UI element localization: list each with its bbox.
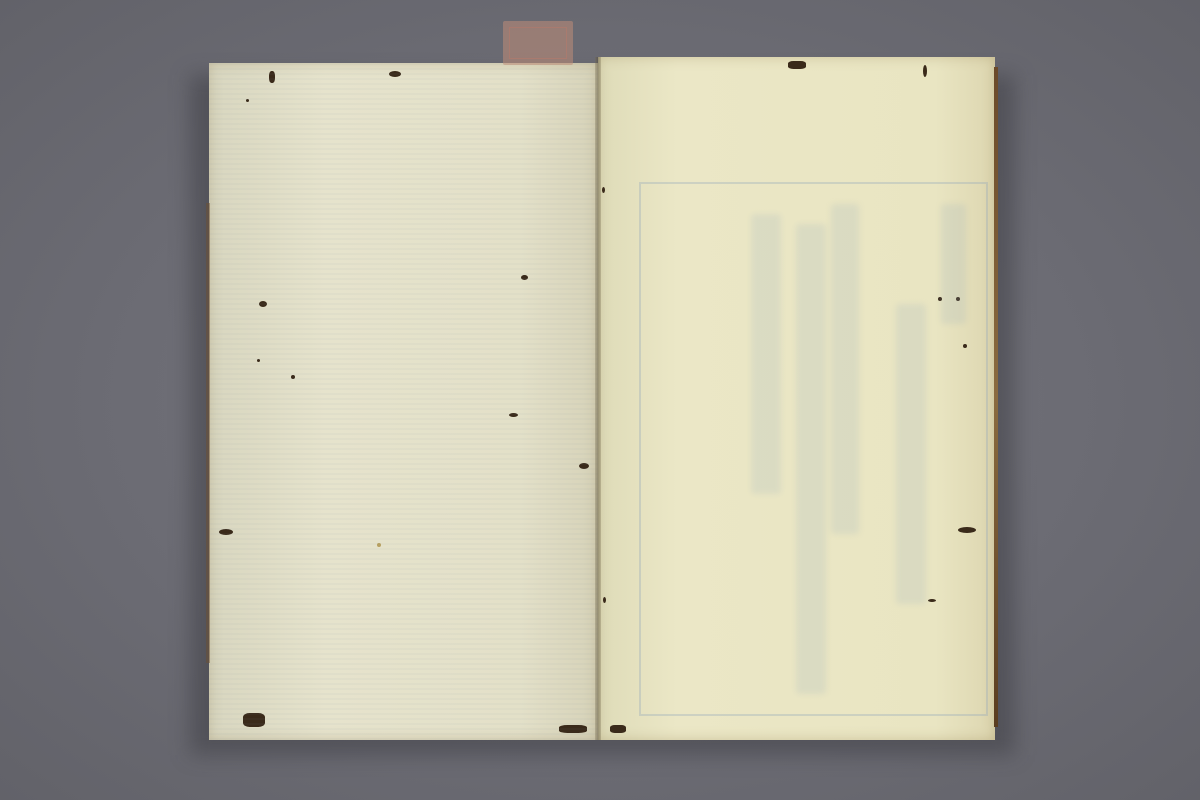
wormhole (509, 413, 518, 417)
wormhole (259, 301, 267, 307)
wormhole (246, 99, 249, 102)
bleed-through-column (941, 204, 966, 324)
right-page-edge (994, 67, 998, 727)
open-book (209, 57, 995, 740)
wormhole (291, 375, 295, 379)
stain (377, 543, 381, 547)
wormhole (521, 275, 528, 280)
wormhole (219, 529, 233, 535)
wormhole (579, 463, 589, 469)
wormhole (389, 71, 401, 77)
wormhole (269, 71, 275, 83)
left-page (209, 63, 598, 740)
book-gutter (595, 57, 601, 740)
bleed-through-column (751, 214, 781, 494)
wormhole (559, 725, 587, 733)
seal-border (509, 27, 567, 59)
library-seal (503, 21, 573, 65)
left-page-edge (206, 203, 210, 663)
bleed-through-column (796, 224, 826, 694)
wormhole (243, 713, 265, 727)
wormhole (257, 359, 260, 362)
wormhole (602, 187, 605, 193)
wormhole (923, 65, 927, 77)
bleed-through-frame (639, 182, 988, 716)
wormhole (603, 597, 606, 603)
bleed-through-column (896, 304, 926, 604)
bleed-through-column (831, 204, 859, 534)
wormhole (788, 61, 806, 69)
wormhole (610, 725, 626, 733)
